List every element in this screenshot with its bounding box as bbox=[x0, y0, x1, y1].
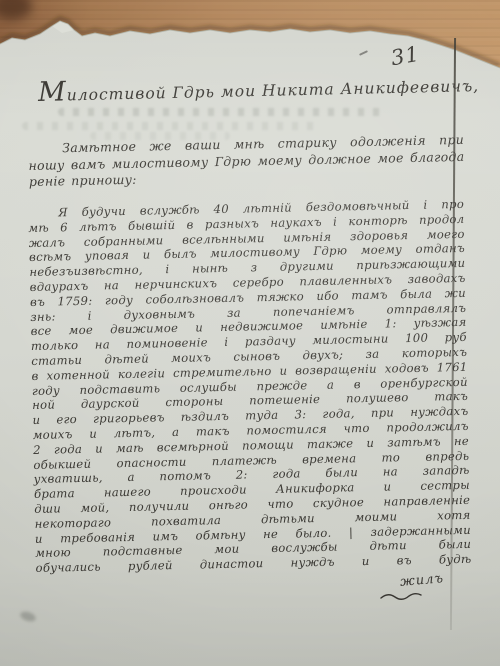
page-number: 31 bbox=[389, 42, 421, 71]
opening-paragraph: Замѣтное же ваши мнѣ старику одолженія п… bbox=[28, 132, 465, 191]
signature-flourish bbox=[380, 590, 422, 602]
manuscript-photo: 31 Милостивой Гдрь мои Никита Аникифееви… bbox=[0, 0, 500, 666]
body-paragraph: Я будучи вслужбѣ 40 лѣтній бездомовѣчный… bbox=[28, 197, 472, 576]
